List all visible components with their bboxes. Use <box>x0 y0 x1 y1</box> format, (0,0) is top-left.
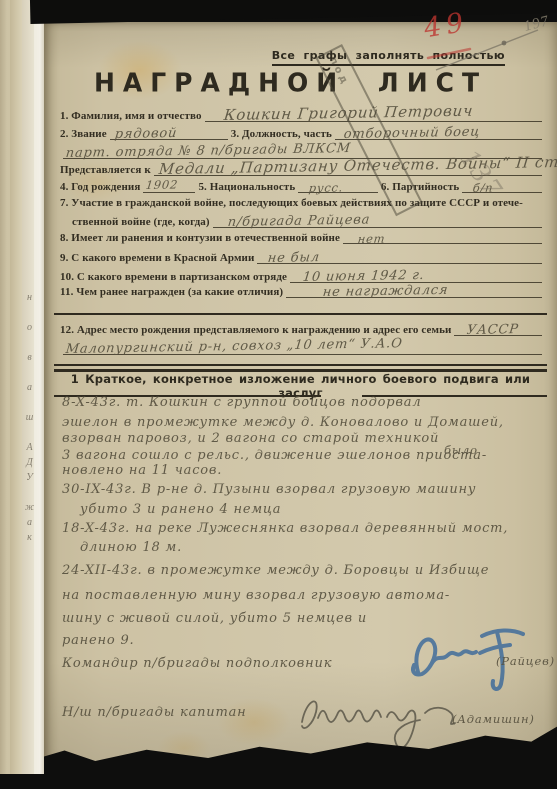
book-edge-strip <box>0 0 10 774</box>
podvig-line: убито 3 и ранено 4 немца <box>80 502 281 517</box>
podvig-line: взорван паровоз, и 2 вагона со старой те… <box>62 431 439 446</box>
heavy-rule <box>54 364 547 366</box>
field-2-line: рядовой <box>110 119 228 140</box>
chief-of-staff-role: Н/ш п/бригады капитан <box>62 705 247 720</box>
podvig-line: на поставленную мину взорвал грузовую ав… <box>62 588 450 603</box>
scanned-award-sheet: Все графы заполнять полностью НАГРАДНОЙ … <box>0 0 557 789</box>
field-9-row: 9. С какого времени в Красной Армии не б… <box>60 244 545 264</box>
field-12-row-1: 12. Адрес место рождения представляемого… <box>60 316 545 336</box>
podvig-line: эшелон в промежутке между д. Коновалово … <box>62 415 504 430</box>
field-2-3-row: 2. Звание рядовой 3. Должность, часть от… <box>60 120 545 140</box>
stamp-text: под <box>325 50 352 88</box>
field-8-row: 8. Имеет ли ранения и контузии в отечест… <box>60 224 545 244</box>
commander-name: (Райцев) <box>496 654 555 668</box>
field-11-value: не награждался <box>322 283 449 300</box>
podvig-line: ранено 9. <box>62 633 134 648</box>
podvig-line: 8-X-43г. т. Кошкин с группой бойцов подо… <box>62 395 421 410</box>
podvig-line: новлено на 11 часов. <box>62 463 222 478</box>
margin-vertical-note: н о в а ш АДУ жак <box>24 292 35 592</box>
podvig-line: 18-X-43г. на реке Лужеснянка взорвал дер… <box>62 521 508 536</box>
field-11-line: не награждался <box>286 277 542 298</box>
field-11-label: 11. Чем ранее награжден (за какие отличи… <box>60 286 283 298</box>
podvig-line: шину с живой силой, убито 5 немцев и <box>62 611 367 626</box>
chief-of-staff-name: (Адамишин) <box>452 712 535 726</box>
field-12-value2: Малопургинский р-н, совхоз „10 лет“ У.А.… <box>65 336 403 357</box>
page-edge-strip <box>34 0 44 774</box>
podvig-line: 24-XII-43г. в промежутке между д. Боровц… <box>62 563 489 578</box>
award-sheet-paper: Все графы заполнять полностью НАГРАДНОЙ … <box>44 22 557 770</box>
podvig-line: 30-IX-43г. В р-не д. Пузыни взорвал груз… <box>62 482 476 497</box>
field-9-line: не был <box>257 243 542 264</box>
field-12-line2: Малопургинский р-н, совхоз „10 лет“ У.А.… <box>63 334 542 355</box>
field-11-row: 11. Чем ранее награжден (за какие отличи… <box>60 278 545 298</box>
field-8-line: нет <box>343 223 542 244</box>
podvig-line: длиною 18 м. <box>80 540 182 555</box>
scan-black-band <box>30 0 557 24</box>
chief-of-staff-signature <box>294 682 474 762</box>
field-12-line: УАССР <box>454 315 542 336</box>
commander-role: Командир п/бригады подполковник <box>62 656 332 671</box>
field-12-row-2: Малопургинский р-н, совхоз „10 лет“ У.А.… <box>60 335 545 355</box>
book-edge-strip <box>10 0 22 774</box>
